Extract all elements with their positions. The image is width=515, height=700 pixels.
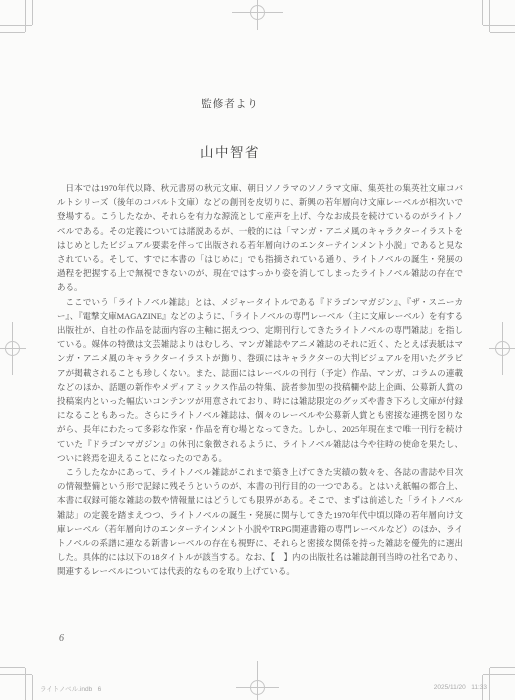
- trim-line: [32, 675, 33, 700]
- trim-line: [490, 667, 515, 668]
- trim-line: [25, 0, 26, 32]
- trim-line: [489, 668, 490, 700]
- trim-line: [32, 0, 33, 25]
- registration-circle: [250, 5, 265, 20]
- trim-line: [0, 667, 25, 668]
- trim-line: [483, 25, 515, 26]
- footer-file-label: ライトノベル.indb 6: [40, 684, 101, 693]
- registration-circle: [5, 341, 20, 356]
- paragraph-1: 日本では1970年代以降、秋元書房の秋元文庫、朝日ソノラマのソノラマ文庫、集英社…: [57, 181, 463, 295]
- trim-line: [0, 32, 25, 33]
- trim-line: [482, 0, 483, 25]
- registration-circle: [495, 341, 510, 356]
- trim-line: [25, 668, 26, 700]
- registration-circle: [250, 680, 265, 695]
- body-text: 日本では1970年代以降、秋元書房の秋元文庫、朝日ソノラマのソノラマ文庫、集英社…: [57, 181, 463, 579]
- trim-line: [489, 0, 490, 32]
- trim-line: [0, 25, 32, 26]
- section-heading-block: 監修者より 山中智省: [0, 96, 460, 161]
- trim-line: [483, 674, 515, 675]
- page-title: 監修者より: [0, 96, 460, 111]
- trim-line: [0, 674, 32, 675]
- page-number: 6: [59, 633, 64, 644]
- trim-line: [490, 32, 515, 33]
- footer-timestamp: 2025/11/20 11:33: [434, 684, 487, 691]
- author-name: 山中智省: [0, 141, 460, 161]
- paragraph-3: こうしたなかにあって、ライトノベル雑誌がこれまで築き上げてきた実績の数々を、各誌…: [57, 465, 463, 579]
- paragraph-2: ここでいう「ライトノベル雑誌」とは、メジャータイトルである『ドラゴンマガジン』、…: [57, 295, 463, 465]
- document-page: 監修者より 山中智省 日本では1970年代以降、秋元書房の秋元文庫、朝日ソノラマ…: [0, 0, 515, 700]
